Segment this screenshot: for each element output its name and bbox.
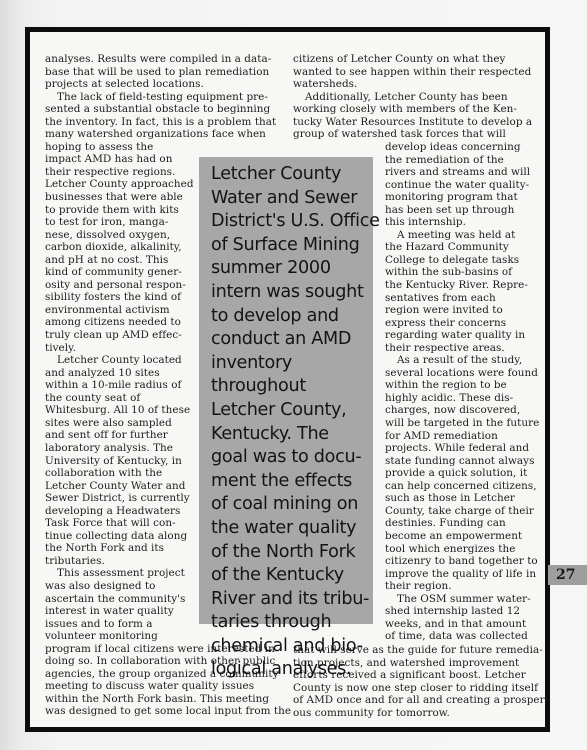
text-line: citizenry to band together to [385,555,539,568]
pull-quote-line: of Surface Mining [211,234,373,258]
right-column-wrapped-text: develop ideas concerningthe remediation … [385,141,539,643]
pull-quote-line: of the North Fork [211,541,373,565]
pull-quote-line: intern was sought [211,281,373,305]
text-line: within the sub-basins of [385,266,539,279]
text-line: County is now one step closer to ridding… [293,682,548,695]
pull-quote-line: inventory [211,352,373,376]
text-line: improve the quality of life in [385,568,539,581]
text-line: rivers and streams and will [385,166,539,179]
text-line: hoping to assess the [45,141,291,154]
text-line: base that will be used to plan remediati… [45,66,291,79]
pull-quote-line: conduct an AMD [211,328,373,352]
text-line: projects at selected locations. [45,78,291,91]
text-line: this internship. [385,216,539,229]
text-line: weeks, and in that amount [385,618,539,631]
text-line: sented a substantial obstacle to beginni… [45,103,291,116]
text-line: monitoring program that [385,191,539,204]
pull-quote-line: logical analyses. [211,658,373,682]
text-line: state funding cannot always [385,455,539,468]
pull-quote-line: of the Kentucky [211,564,373,588]
text-line: the remediation of the [385,154,539,167]
text-line: highly acidic. These dis- [385,392,539,405]
text-line: sentatives from each [385,292,539,305]
text-line: The lack of field-testing equipment pre- [45,91,291,104]
pull-quote-line: chemical and bio- [211,635,373,659]
pull-quote-line: summer 2000 [211,257,373,281]
pull-quote-box: Letcher CountyWater and SewerDistrict's … [199,157,373,624]
text-line: regarding water quality in [385,329,539,342]
text-line: shed internship lasted 12 [385,605,539,618]
pull-quote-line: of coal mining on [211,493,373,517]
text-line: for AMD remediation [385,430,539,443]
text-line: of time, data was collected [385,630,539,643]
pull-quote-line: the water quality [211,517,373,541]
text-line: working closely with members of the Ken- [293,103,532,116]
text-line: ous community for tomorrow. [293,707,548,720]
page-number-tab: 27 [548,565,587,585]
text-line: express their concerns [385,317,539,330]
text-line: has been set up through [385,204,539,217]
text-line: County, take charge of their [385,505,539,518]
text-line: within the North Fork basin. This meetin… [45,693,291,706]
pull-quote-line: District's U.S. Office [211,210,373,234]
pull-quote-line: Letcher County [211,163,373,187]
text-line: The OSM summer water- [385,593,539,606]
pull-quote-line: River and its tribu- [211,588,373,612]
text-line: region were invited to [385,304,539,317]
text-line: their region. [385,580,539,593]
text-line: meeting to discuss water quality issues [45,680,291,693]
text-line: group of watershed task forces that will [293,128,532,141]
text-line: will be targeted in the future [385,417,539,430]
text-line: several locations were found [385,367,539,380]
text-line: was designed to get some local input fro… [45,705,291,718]
text-line: Additionally, Letcher County has been [293,91,532,104]
text-line: within the region to be [385,379,539,392]
text-line: of AMD once and for all and creating a p… [293,694,548,707]
pull-quote-line: taries through [211,611,373,635]
text-line: charges, now discovered, [385,404,539,417]
text-line: A meeting was held at [385,229,539,242]
text-line: projects. While federal and [385,442,539,455]
text-line: College to delegate tasks [385,254,539,267]
text-line: their respective areas. [385,342,539,355]
pull-quote-line: Water and Sewer [211,187,373,211]
text-line: can help concerned citizens, [385,480,539,493]
text-line: provide a quick solution, it [385,467,539,480]
pull-quote-line: ment the effects [211,470,373,494]
text-line: tool which energizes the [385,543,539,556]
text-line: the inventory. In fact, this is a proble… [45,116,291,129]
text-line: As a result of the study, [385,354,539,367]
text-line: tucky Water Resources Institute to devel… [293,116,532,129]
text-line: such as those in Letcher [385,492,539,505]
right-column-text: citizens of Letcher County on what theyw… [293,53,532,141]
text-line: wanted to see happen within their respec… [293,66,532,79]
text-line: watersheds. [293,78,532,91]
pull-quote-line: Letcher County, [211,399,373,423]
text-line: the Kentucky River. Repre- [385,279,539,292]
text-line: citizens of Letcher County on what they [293,53,532,66]
text-line: become an empowerment [385,530,539,543]
page-number: 27 [556,567,575,583]
text-line: continue the water quality- [385,179,539,192]
text-line: the Hazard Community [385,241,539,254]
pull-quote-line: throughout [211,375,373,399]
pull-quote-line: goal was to docu- [211,446,373,470]
pull-quote-line: Kentucky. The [211,423,373,447]
pull-quote-line: to develop and [211,305,373,329]
text-line: destinies. Funding can [385,517,539,530]
text-line: many watershed organizations face when [45,128,291,141]
text-line: develop ideas concerning [385,141,539,154]
text-line: analyses. Results were compiled in a dat… [45,53,291,66]
